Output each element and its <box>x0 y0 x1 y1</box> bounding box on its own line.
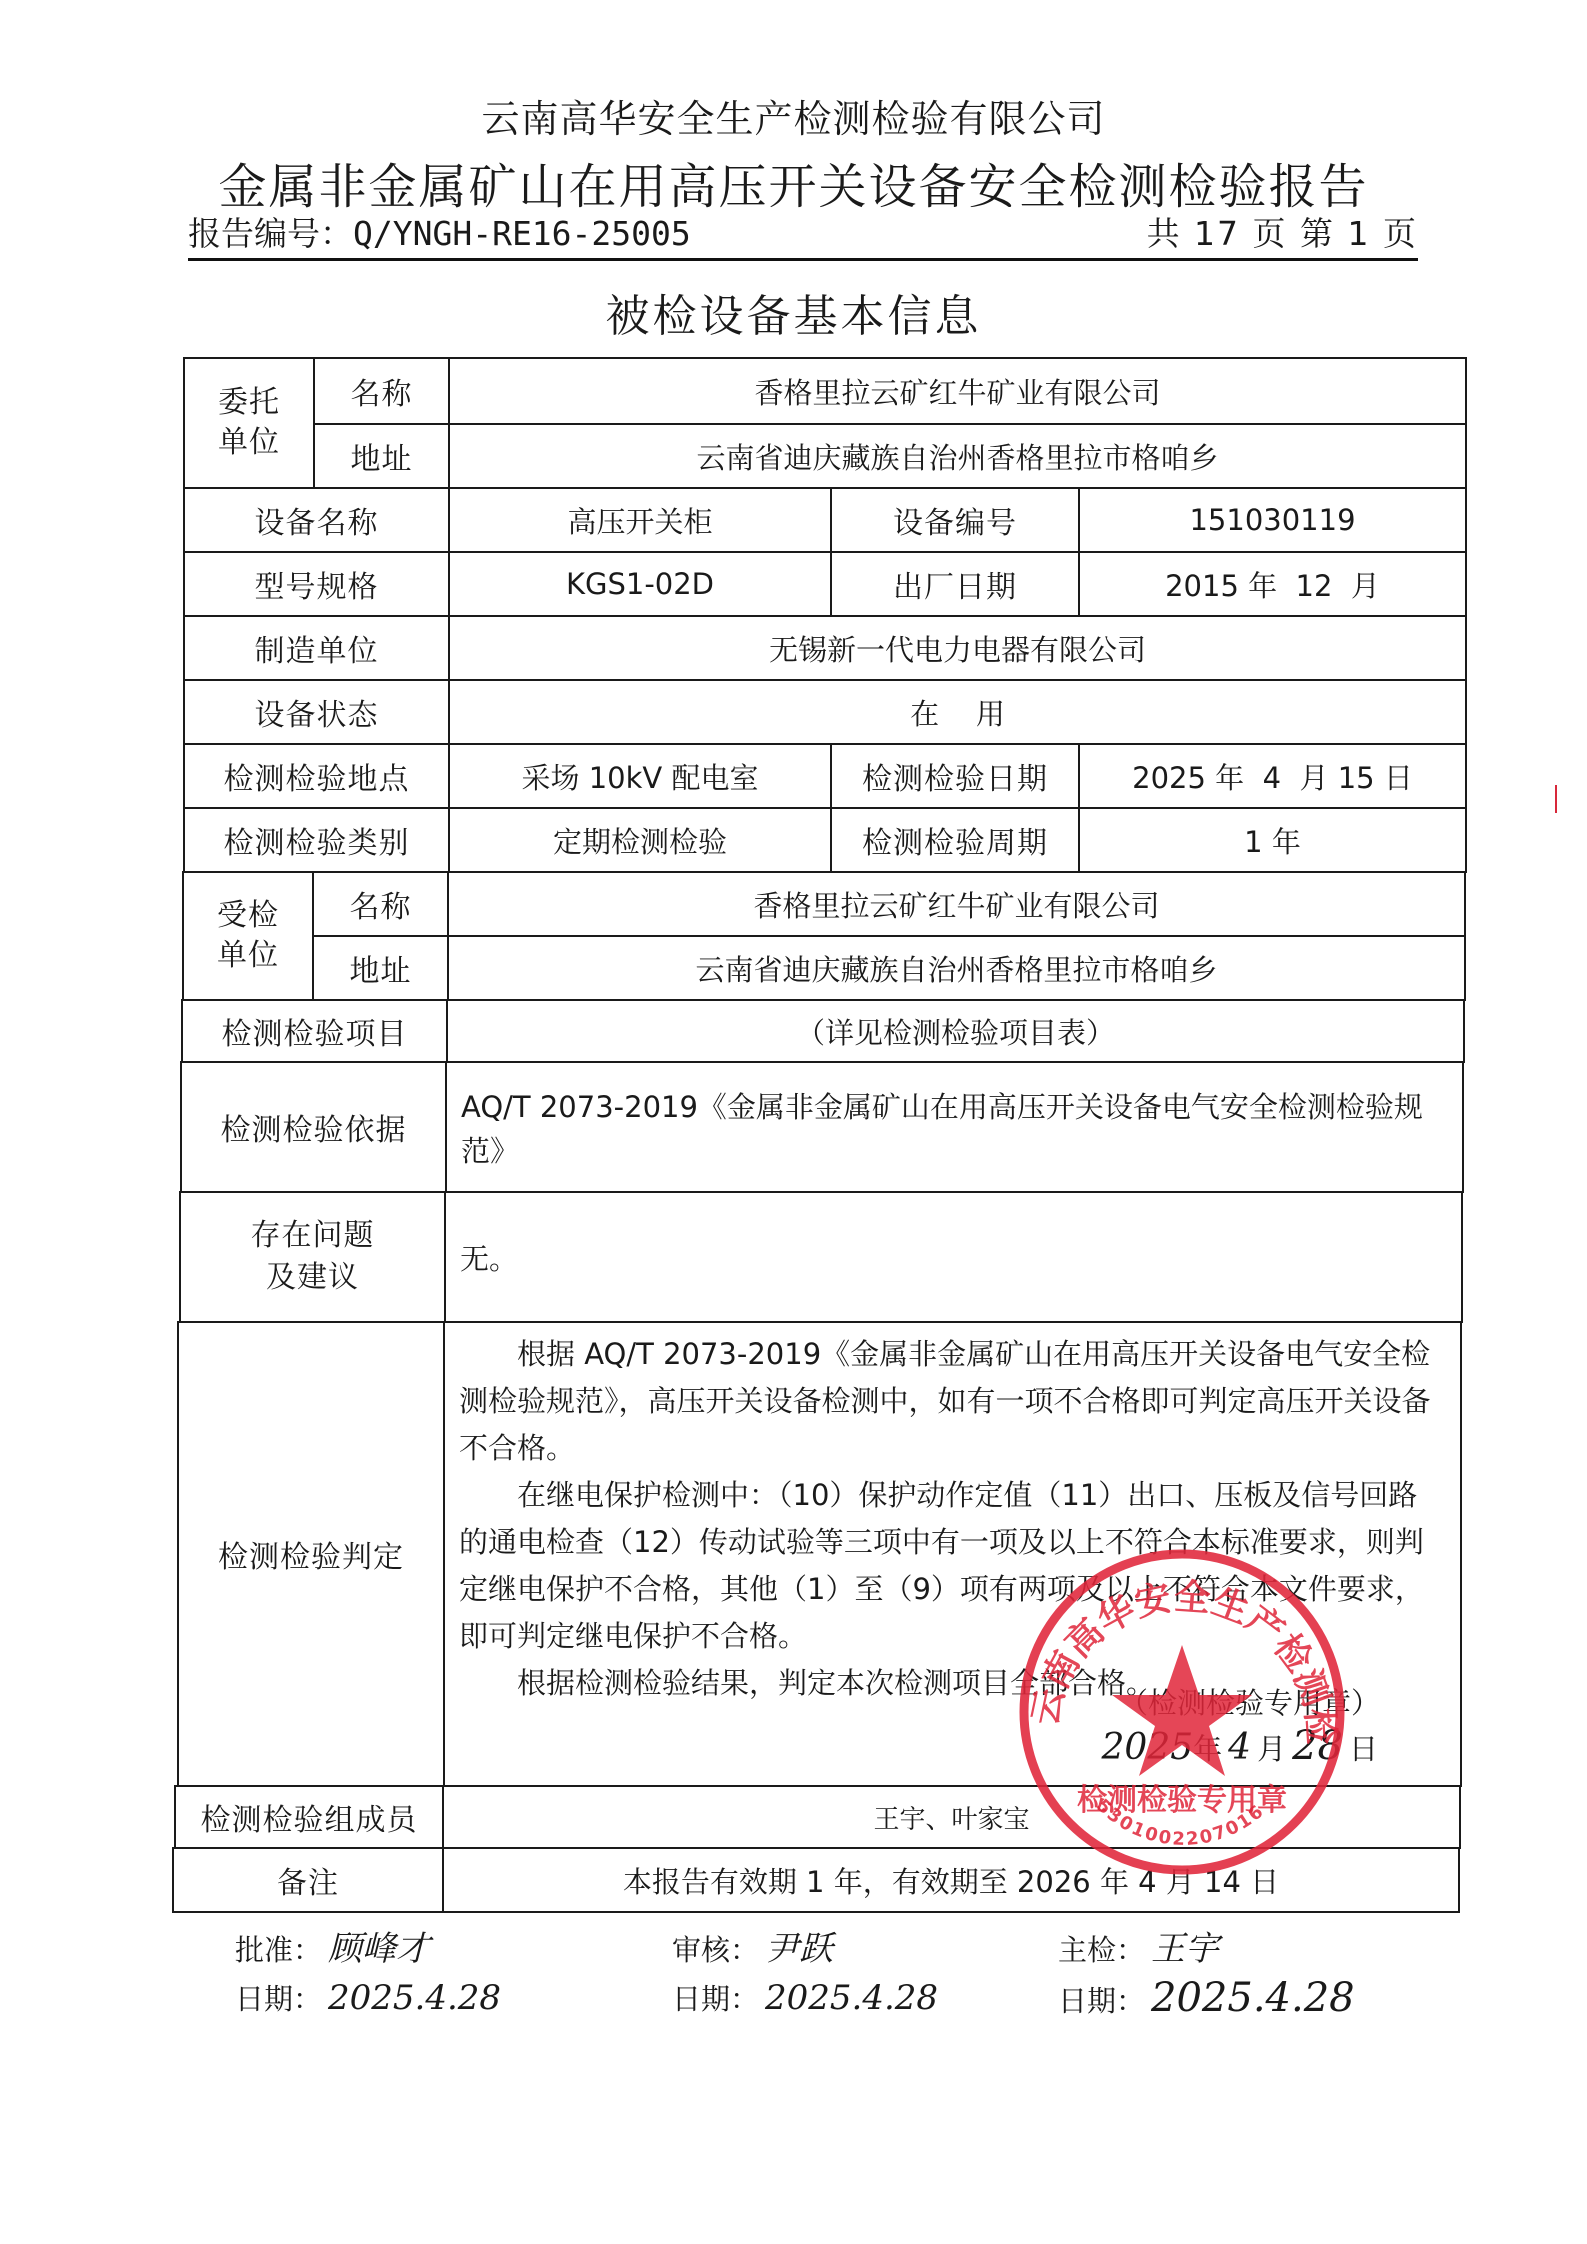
client-name-label: 名称 <box>313 357 450 425</box>
approve-signature-block: 批准：顾峰才 日期：2025.4.28 <box>235 1925 501 2023</box>
verdict-label: 检测检验判定 <box>177 1321 445 1787</box>
client-address-label: 地址 <box>313 423 450 489</box>
lead-inspector-signature-block: 主检：王宇 日期：2025.4.28 <box>1058 1925 1355 2025</box>
margin-mark <box>1555 785 1557 813</box>
lead-inspector-signature: 王宇 <box>1151 1929 1219 1969</box>
report-meta: 报告编号：Q/YNGH-RE16-25005 共 17 页 第 1 页 <box>188 208 1418 258</box>
report-number: 报告编号：Q/YNGH-RE16-25005 <box>188 208 691 255</box>
basis-text: AQ/T 2073-2019《金属非金属矿山在用高压开关设备电气安全检测检验规范… <box>461 1085 1448 1173</box>
approve-date-label: 日期： <box>235 1982 322 2016</box>
verdict-content: 根据 AQ/T 2073-2019《金属非金属矿山在用高压开关设备电气安全检测检… <box>443 1321 1462 1787</box>
report-number-label: 报告编号： <box>188 214 353 253</box>
review-date: 2025.4.28 <box>765 1978 938 2018</box>
items-label: 检测检验项目 <box>181 999 448 1063</box>
category-label: 检测检验类别 <box>183 807 450 873</box>
manufacturer-value: 无锡新一代电力电器有限公司 <box>448 615 1467 681</box>
remarks-value: 本报告有效期 1 年，有效期至 2026 年 4 月 14 日 <box>442 1847 1460 1913</box>
stamp-date-year-suffix: 年 <box>1193 1732 1222 1766</box>
inspected-unit-address-value: 云南省迪庆藏族自治州香格里拉市格咱乡 <box>447 935 1466 1001</box>
approve-line: 批准：顾峰才 <box>235 1925 501 1974</box>
lead-inspector-date-line: 日期：2025.4.28 <box>1058 1974 1355 2025</box>
client-address-value: 云南省迪庆藏族自治州香格里拉市格咱乡 <box>448 423 1467 489</box>
verdict-paragraph-2: 在继电保护检测中：（10）保护动作定值（11）出口、压板及信号回路的通电检查（1… <box>459 1472 1446 1660</box>
client-group-label: 委托 单位 <box>183 357 315 489</box>
status-label: 设备状态 <box>183 679 450 745</box>
review-date-label: 日期： <box>672 1982 759 2016</box>
inspected-unit-name-value: 香格里拉云矿红牛矿业有限公司 <box>447 871 1466 937</box>
equipment-name-value: 高压开关柜 <box>448 487 832 553</box>
inspected-unit-address-label: 地址 <box>312 935 449 1001</box>
issues-label: 存在问题 及建议 <box>179 1191 446 1323</box>
manufacture-date-label: 出厂日期 <box>830 551 1080 617</box>
stamp-date-day-suffix: 日 <box>1349 1732 1378 1766</box>
stamp-date-year: 2025 <box>1102 1727 1194 1768</box>
status-value: 在 用 <box>448 679 1467 745</box>
stamp-date-day: 28 <box>1286 1723 1349 1769</box>
approve-label: 批准： <box>235 1933 322 1967</box>
manufacturer-label: 制造单位 <box>183 615 450 681</box>
basis-label: 检测检验依据 <box>180 1061 447 1193</box>
inspected-unit-group-label: 受检 单位 <box>182 871 314 1001</box>
stamp-date-month: 4 <box>1222 1727 1257 1768</box>
review-signature-block: 审核：尹跃 日期：2025.4.28 <box>672 1925 938 2023</box>
issues-value: 无。 <box>444 1191 1463 1323</box>
approve-date-line: 日期：2025.4.28 <box>235 1974 501 2023</box>
report-title: 金属非金属矿山在用高压开关设备安全检测检验报告 <box>0 148 1587 217</box>
manufacture-date-value: 2015 年 12 月 <box>1078 551 1467 617</box>
client-name-value: 香格里拉云矿红牛矿业有限公司 <box>448 357 1467 425</box>
location-label: 检测检验地点 <box>183 743 450 809</box>
equipment-number-value: 151030119 <box>1078 487 1467 553</box>
inspection-date-label: 检测检验日期 <box>830 743 1080 809</box>
stamp-date-month-suffix: 月 <box>1257 1732 1286 1766</box>
review-label: 审核： <box>672 1933 759 1967</box>
stamp-label: （检测检验专用章） <box>1119 1680 1380 1727</box>
model-label: 型号规格 <box>183 551 450 617</box>
basis-value: AQ/T 2073-2019《金属非金属矿山在用高压开关设备电气安全检测检验规范… <box>445 1061 1464 1193</box>
location-value: 采场 10kV 配电室 <box>448 743 832 809</box>
remarks-label: 备注 <box>172 1847 444 1913</box>
approve-date: 2025.4.28 <box>328 1978 501 2018</box>
inspection-date-value: 2025 年 4 月 15 日 <box>1078 743 1467 809</box>
category-value: 定期检测检验 <box>448 807 832 873</box>
review-date-line: 日期：2025.4.28 <box>672 1974 938 2023</box>
lead-inspector-date-label: 日期： <box>1058 1984 1145 2018</box>
items-value: （详见检测检验项目表） <box>446 999 1465 1063</box>
approve-signature: 顾峰才 <box>328 1929 430 1969</box>
cycle-value: 1 年 <box>1078 807 1467 873</box>
section-title: 被检设备基本信息 <box>0 280 1587 344</box>
review-line: 审核：尹跃 <box>672 1925 938 1974</box>
equipment-number-label: 设备编号 <box>830 487 1080 553</box>
lead-inspector-label: 主检： <box>1058 1933 1145 1967</box>
team-label: 检测检验组成员 <box>174 1785 444 1849</box>
page-info: 共 17 页 第 1 页 <box>1147 208 1418 255</box>
team-value: 王宇、叶家宝 <box>442 1785 1461 1849</box>
lead-inspector-date: 2025.4.28 <box>1151 1975 1355 2021</box>
model-value: KGS1-02D <box>448 551 832 617</box>
review-signature: 尹跃 <box>765 1929 833 1969</box>
company-name: 云南高华安全生产检测检验有限公司 <box>0 88 1587 143</box>
equipment-name-label: 设备名称 <box>183 487 450 553</box>
inspected-unit-name-label: 名称 <box>312 871 449 937</box>
report-number-value: Q/YNGH-RE16-25005 <box>353 214 691 253</box>
stamp-date: 2025年4月28日 <box>1102 1723 1378 1773</box>
lead-inspector-line: 主检：王宇 <box>1058 1925 1355 1974</box>
cycle-label: 检测检验周期 <box>830 807 1080 873</box>
header-divider <box>188 258 1418 261</box>
verdict-paragraph-1: 根据 AQ/T 2073-2019《金属非金属矿山在用高压开关设备电气安全检测检… <box>459 1331 1446 1472</box>
